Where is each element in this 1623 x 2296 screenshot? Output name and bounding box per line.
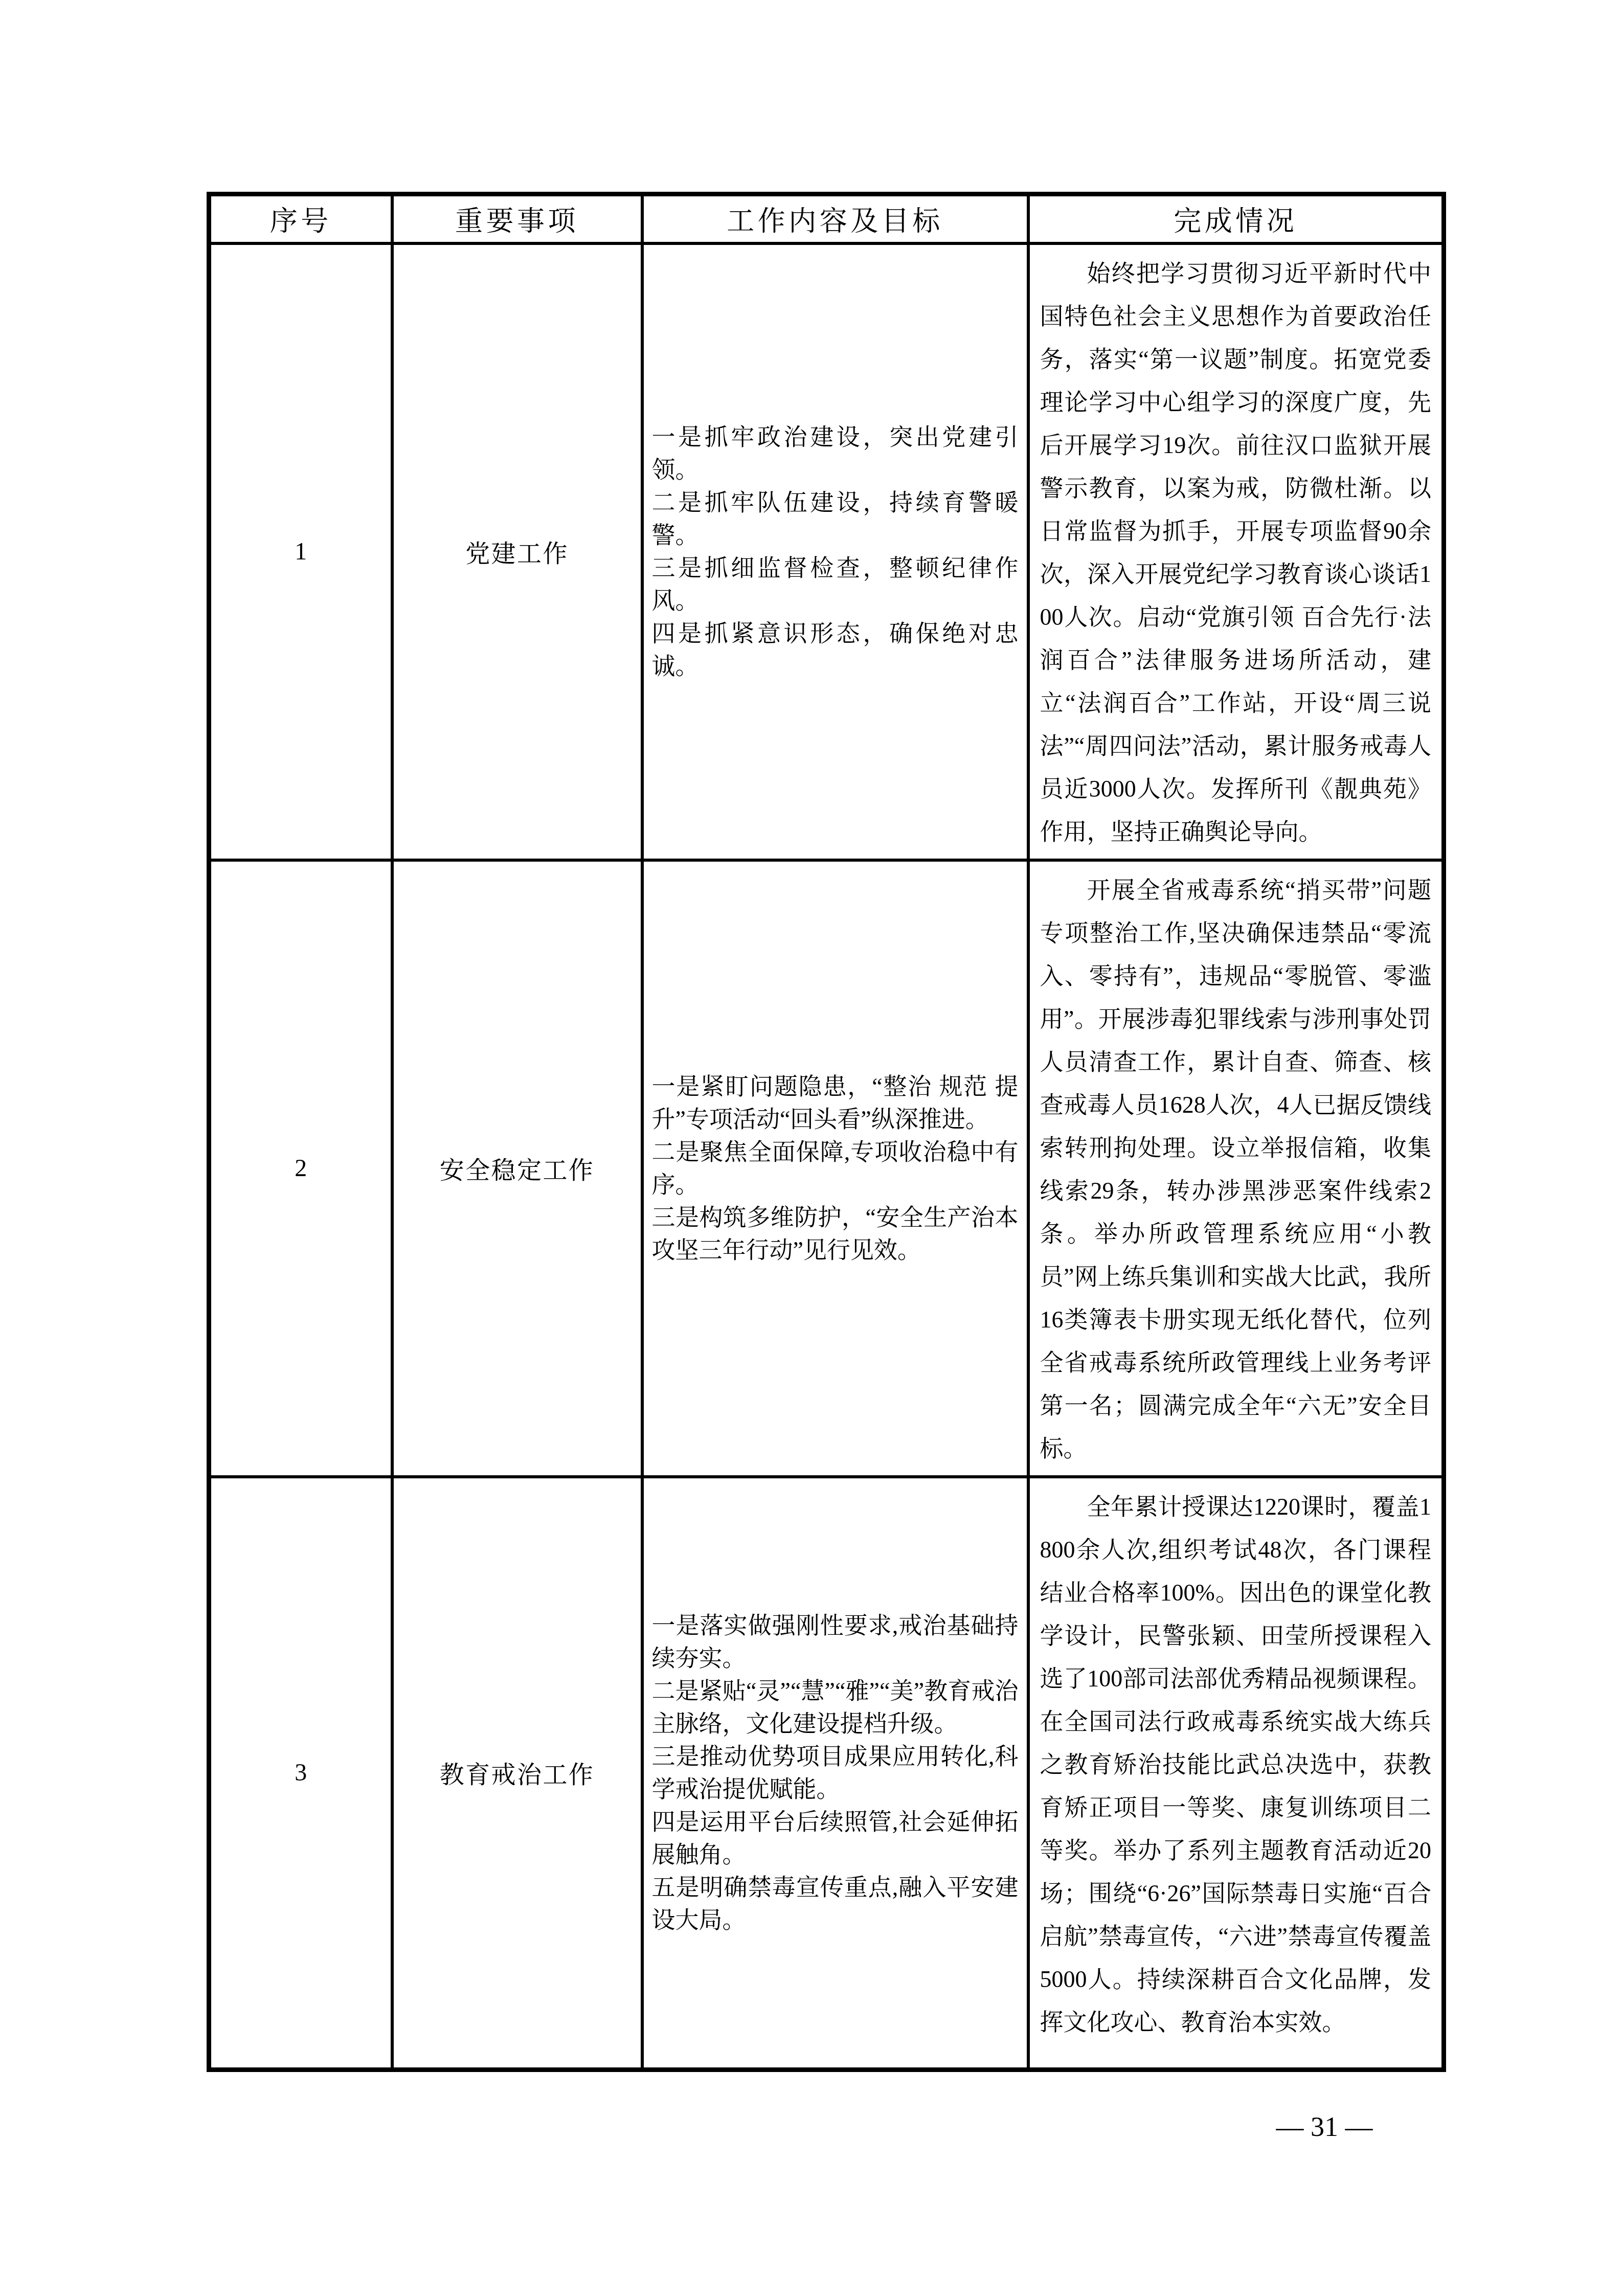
header-item: 重要事项 <box>392 194 642 243</box>
row2-item: 安全稳定工作 <box>392 860 642 1477</box>
row2-status-text: 开展全省戒毒系统“捎买带”问题专项整治工作,坚决确保违禁品“零流入、零持有”，违… <box>1040 869 1432 1470</box>
row1-content-text: 一是抓牢政治建设，突出党建引领。 二是抓牢队伍建设，持续育警暖警。 三是抓细监督… <box>652 421 1019 683</box>
row3-content-text: 一是落实做强刚性要求,戒治基础持续夯实。 二是紧贴“灵”“慧”“雅”“美”教育戒… <box>652 1609 1019 1937</box>
row1-status-text: 始终把学习贯彻习近平新时代中国特色社会主义思想作为首要政治任务，落实“第一议题”… <box>1040 252 1432 853</box>
table-header-row: 序号 重要事项 工作内容及目标 完成情况 <box>209 194 1444 243</box>
table-row: 3 教育戒治工作 一是落实做强刚性要求,戒治基础持续夯实。 二是紧贴“灵”“慧”… <box>209 1477 1444 2070</box>
page-number: — 31 — <box>1191 2111 1457 2143</box>
row3-status-cell: 全年累计授课达1220课时，覆盖1800余人次,组织考试48次，各门课程结业合格… <box>1028 1477 1444 2070</box>
row3-status-text: 全年累计授课达1220课时，覆盖1800余人次,组织考试48次，各门课程结业合格… <box>1040 1485 1432 2044</box>
work-report-table: 序号 重要事项 工作内容及目标 完成情况 1 党建工作 一是抓牢政治建设，突出党… <box>207 192 1446 2072</box>
header-content: 工作内容及目标 <box>642 194 1028 243</box>
row1-status-cell: 始终把学习贯彻习近平新时代中国特色社会主义思想作为首要政治任务，落实“第一议题”… <box>1028 243 1444 860</box>
table-row: 2 安全稳定工作 一是紧盯问题隐患，“整治 规范 提升”专项活动“回头看”纵深推… <box>209 860 1444 1477</box>
row1-index: 1 <box>209 243 392 860</box>
row2-index: 2 <box>209 860 392 1477</box>
document-page: 序号 重要事项 工作内容及目标 完成情况 1 党建工作 一是抓牢政治建设，突出党… <box>0 0 1623 2296</box>
row3-item: 教育戒治工作 <box>392 1477 642 2070</box>
row2-content-cell: 一是紧盯问题隐患，“整治 规范 提升”专项活动“回头看”纵深推进。 二是聚焦全面… <box>642 860 1028 1477</box>
header-status: 完成情况 <box>1028 194 1444 243</box>
row3-index: 3 <box>209 1477 392 2070</box>
row3-content-cell: 一是落实做强刚性要求,戒治基础持续夯实。 二是紧贴“灵”“慧”“雅”“美”教育戒… <box>642 1477 1028 2070</box>
row1-content-cell: 一是抓牢政治建设，突出党建引领。 二是抓牢队伍建设，持续育警暖警。 三是抓细监督… <box>642 243 1028 860</box>
table-row: 1 党建工作 一是抓牢政治建设，突出党建引领。 二是抓牢队伍建设，持续育警暖警。… <box>209 243 1444 860</box>
row1-item: 党建工作 <box>392 243 642 860</box>
row2-content-text: 一是紧盯问题隐患，“整治 规范 提升”专项活动“回头看”纵深推进。 二是聚焦全面… <box>652 1070 1019 1267</box>
row2-status-cell: 开展全省戒毒系统“捎买带”问题专项整治工作,坚决确保违禁品“零流入、零持有”，违… <box>1028 860 1444 1477</box>
header-index: 序号 <box>209 194 392 243</box>
